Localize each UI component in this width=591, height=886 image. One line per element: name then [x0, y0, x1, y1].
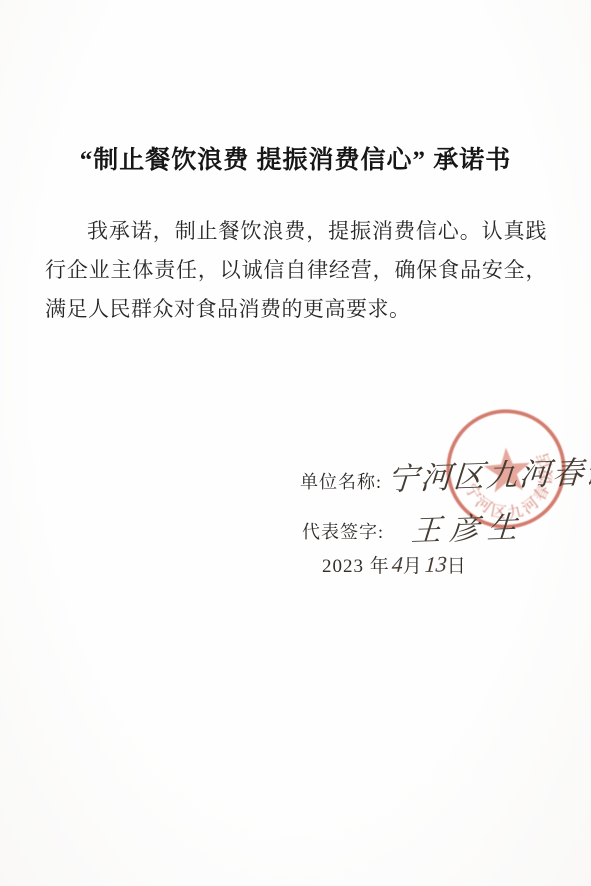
- document-title: “制止餐饮浪费 提振消费信心” 承诺书: [20, 140, 571, 176]
- commitment-paragraph: 我承诺，制止餐饮浪费，提振消费信心。认真践行企业主体责任，以诚信自律经营，确保食…: [45, 212, 547, 329]
- date-month-handwritten: 4: [391, 552, 404, 578]
- date-month-unit-text: 月: [403, 556, 423, 577]
- signature-label: 代表签字:: [302, 522, 384, 542]
- scanned-document-page: “制止餐饮浪费 提振消费信心” 承诺书 我承诺，制止餐饮浪费，提振消费信心。认真…: [0, 0, 591, 886]
- date-day-unit-text: 日: [447, 556, 467, 577]
- date-row: 2023 年4月13日: [322, 551, 467, 578]
- unit-name-row: 单位名称:宁河区九河春饭店: [300, 452, 591, 497]
- unit-name-label: 单位名称:: [300, 472, 382, 492]
- date-year-text: 2023 年: [322, 556, 390, 577]
- unit-name-handwritten-value: 宁河区九河春饭店: [386, 445, 591, 499]
- date-day-handwritten: 13: [424, 551, 448, 578]
- signature-handwritten-value: 王彦生: [410, 502, 527, 550]
- representative-signature-row: 代表签字:王彦生: [302, 503, 524, 547]
